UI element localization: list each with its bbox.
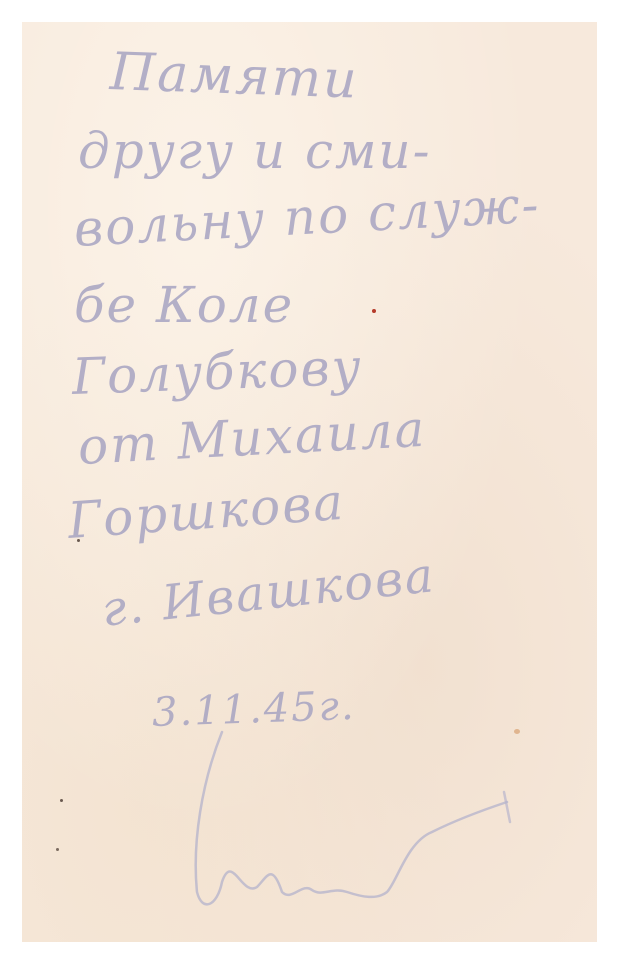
red-speck xyxy=(372,309,376,313)
photo-card-back: Памяти другу и сми- вольну по служ- бе К… xyxy=(22,22,597,942)
dark-speck xyxy=(77,539,80,542)
inscription-line-3: вольну по служ- xyxy=(72,176,541,258)
inscription-line-5: Голубкову xyxy=(71,338,363,406)
inscription-line-7: Горшкова xyxy=(66,473,347,550)
stain-speck xyxy=(514,729,520,734)
inscription-line-1: Памяти xyxy=(109,42,360,111)
inscription-line-6: от Михаила xyxy=(76,400,427,476)
signature xyxy=(162,722,522,922)
inscription-line-8: г. Ивашкова xyxy=(99,547,438,638)
dark-speck xyxy=(60,799,63,802)
inscription-line-2: другу и сми- xyxy=(78,122,432,180)
dark-speck xyxy=(56,848,59,851)
inscription-line-4: бе Коле xyxy=(74,276,294,334)
